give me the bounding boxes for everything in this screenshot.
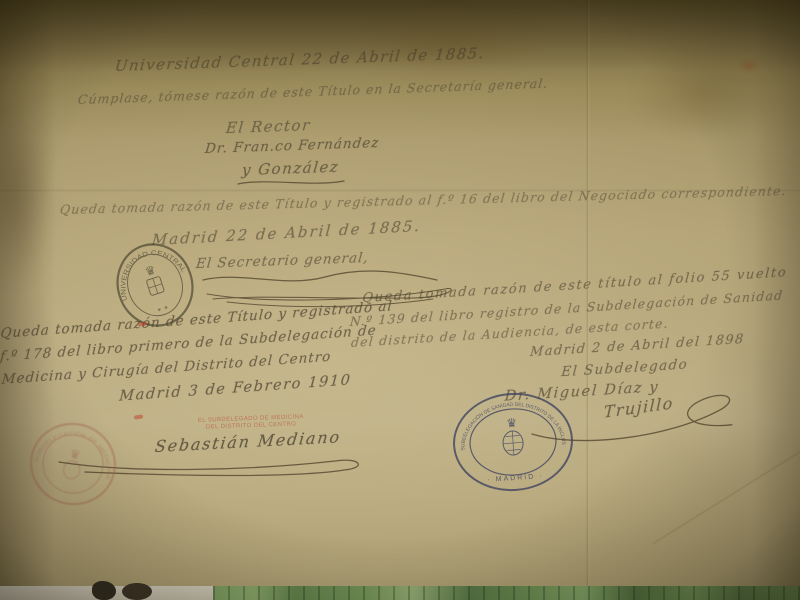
document-photo: Universidad Central 22 de Abril de 1885.… xyxy=(0,0,800,600)
table-surface xyxy=(0,586,800,600)
crown-icon: ♛ xyxy=(143,262,158,279)
sanidad-seal: SUBDELEGACIÓN DE SANIDAD DEL DISTRITO DE… xyxy=(447,387,580,498)
sanidad-seal-bottom-text: · MADRID · xyxy=(487,473,544,484)
dark-object xyxy=(122,583,152,600)
surface-light-area xyxy=(0,586,213,600)
crown-icon: ♛ xyxy=(506,416,518,431)
dark-object xyxy=(92,581,116,600)
crown-icon: ♛ xyxy=(68,446,81,462)
medicina-red-seal: SUBDELEGACIÓN DE MEDICINA ♛ xyxy=(18,411,128,517)
rector-note-line3: El Rector xyxy=(225,116,312,137)
rector-signature-flourish xyxy=(234,176,349,188)
surface-green-area xyxy=(213,586,800,600)
